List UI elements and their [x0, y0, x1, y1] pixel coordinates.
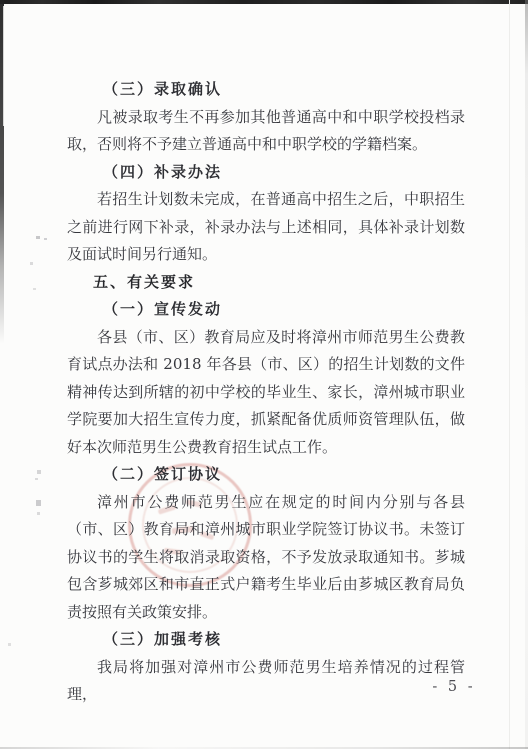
- scan-edge-top: [0, 0, 528, 4]
- doc-section-heading-requirements: 五、有关要求: [67, 269, 465, 297]
- doc-subheading-publicity: （一）宣传发动: [67, 296, 465, 324]
- scanned-document-page: （三）录取确认 凡被录取考生不再参加其他普通高中和中职学校投档录取，否则将不予建…: [0, 0, 528, 749]
- scan-speck: [36, 236, 40, 239]
- scan-speck: [44, 238, 47, 240]
- doc-subheading-sign-agreement: （二）签订协议: [67, 461, 465, 489]
- scan-speck: [33, 288, 36, 290]
- doc-subheading-admission-confirmation: （三）录取确认: [67, 76, 465, 104]
- doc-paragraph: 凡被录取考生不再参加其他普通高中和中职学校投档录取，否则将不予建立普通高中和中职…: [67, 104, 465, 159]
- doc-subheading-supplementary-admission: （四）补录办法: [67, 159, 465, 187]
- scan-edge-left-gap: [3, 6, 7, 126]
- doc-paragraph: 我局将加强对漳州市公费师范男生培养情况的过程管理，: [67, 654, 465, 709]
- doc-paragraph: 若招生计划数未完成，在普通高中招生之后，中职招生之前进行网下补录，补录办法与上述…: [67, 186, 465, 269]
- scan-speck: [30, 262, 33, 265]
- scan-speck: [36, 500, 41, 506]
- page-number: - 5 -: [414, 679, 494, 695]
- doc-paragraph: 漳州市公费师范男生应在规定的时间内分别与各县（市、区）教育局和漳州城市职业学院签…: [67, 489, 465, 627]
- scan-speck: [35, 478, 38, 480]
- document-body: （三）录取确认 凡被录取考生不再参加其他普通高中和中职学校投档录取，否则将不予建…: [67, 76, 465, 709]
- scan-speck: [37, 512, 40, 515]
- scan-fold-line: [509, 0, 510, 749]
- doc-subheading-strengthen-assessment: （三）加强考核: [67, 626, 465, 654]
- scan-speck: [8, 643, 11, 646]
- doc-paragraph: 各县（市、区）教育局应及时将漳州市师范男生公费教育试点办法和 2018 年各县（…: [67, 324, 465, 462]
- scan-speck: [37, 470, 41, 474]
